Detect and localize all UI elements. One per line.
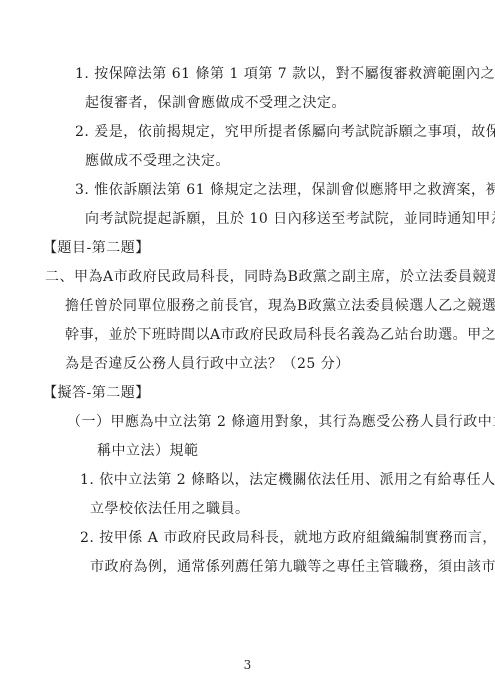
answer2-header: 【擬答-第二題】 <box>43 379 150 408</box>
prev-answer-item1-line2: 起復審者，保訓會應做成不受理之決定。 <box>85 89 346 118</box>
answer2-item1-line2: 立學校依法任用之職員。 <box>90 495 250 524</box>
question2-header: 【題目-第二題】 <box>43 234 150 263</box>
page-number: 3 <box>0 655 495 675</box>
question2-line2: 擔任曾於同單位服務之前長官，現為B政黨立法委員候選人乙之競選總部總 <box>65 292 495 321</box>
prev-answer-item2-line1: 2. 爰是，依前揭規定，究甲所提者係屬向考試院訴願之事項，故保訓會 <box>75 118 495 147</box>
question2-line4: 為是否違反公務人員行政中立法？（25 分） <box>65 350 350 379</box>
answer2-sub1-line1: （一）甲應為中立法第 2 條適用對象，其行為應受公務人員行政中立法（下 <box>67 408 495 437</box>
question2-line3: 幹事，並於下班時間以A市政府民政局科長名義為乙站台助選。甲之上開行 <box>65 321 495 350</box>
question2-line1: 二、甲為A市政府民政局科長，同時為B政黨之副主席，於立法委員競選期間， <box>45 263 495 292</box>
answer2-item2-line1: 2. 按甲係 A 市政府民政局科長，就地方政府組織編制實務而言，以直轄 <box>80 524 495 553</box>
answer2-sub1-line2: 稱中立法）規範 <box>97 437 199 466</box>
prev-answer-item3-line1: 3. 惟依訴願法第 61 條規定之法理，保訓會似應將甲之救濟案，視為自始 <box>75 176 495 205</box>
prev-answer-item3-line2: 向考試院提起訴願，且於 10 日內移送至考試院，並同時通知甲為妥。 <box>85 205 495 234</box>
document-page: 1. 按保障法第 61 條第 1 項第 7 款以，對不屬復審救濟範圍內之事項，提… <box>0 0 495 700</box>
prev-answer-item2-line2: 應做成不受理之決定。 <box>85 147 230 176</box>
answer2-item1-line1: 1. 依中立法第 2 條略以，法定機關依法任用、派用之有給專任人員及公 <box>80 466 495 495</box>
answer2-item2-line2: 市政府為例，通常係列薦任第九職等之專任主管職務，須由該市政府 <box>90 553 495 582</box>
prev-answer-item1-line1: 1. 按保障法第 61 條第 1 項第 7 款以，對不屬復審救濟範圍內之事項，提 <box>75 60 495 89</box>
